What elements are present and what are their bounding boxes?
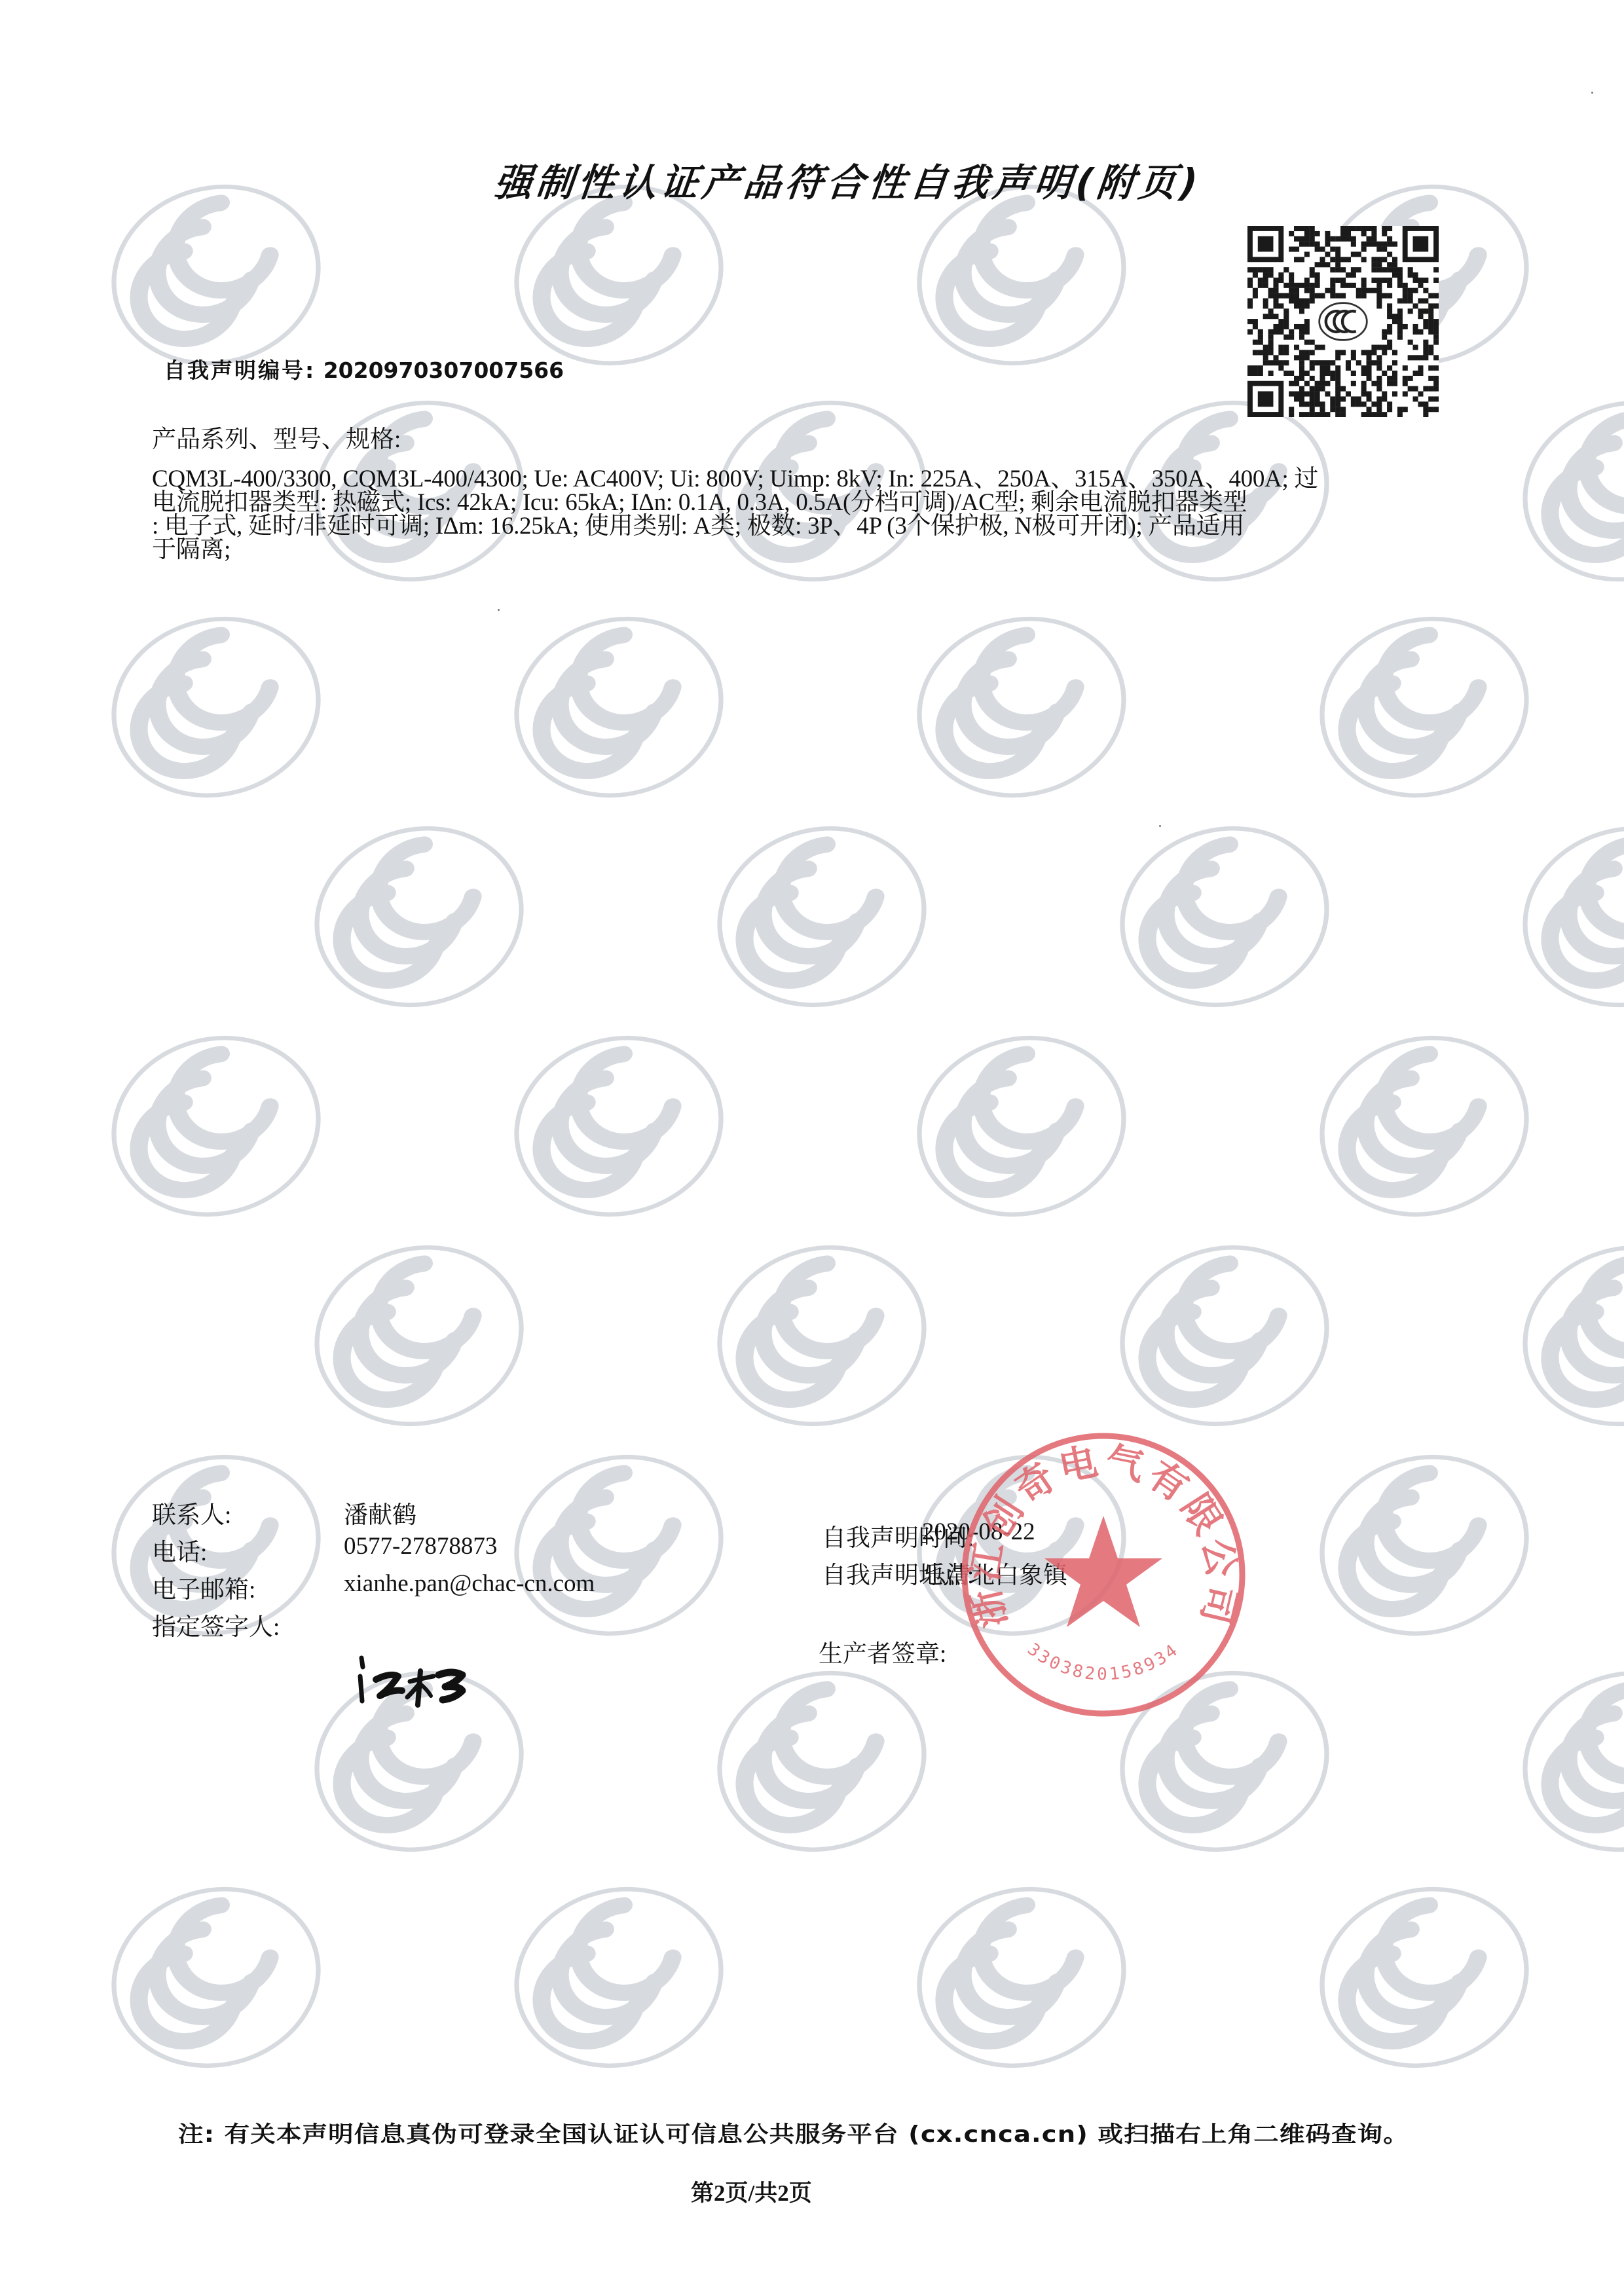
spec-line: 于隔离; [152,538,1488,562]
document-title: 强制性认证产品符合性自我声明(附页) [492,152,1211,207]
product-spec-body: CQM3L-400/3300, CQM3L-400/4300; Ue: AC40… [152,468,1488,562]
contact-person-label: 联系人: [152,1495,231,1530]
scan-speck [1591,92,1593,94]
contact-person-value: 潘献鹤 [344,1495,416,1530]
product-spec-heading: 产品系列、型号、规格: [152,419,401,454]
phone-value: 0577-27878873 [344,1532,497,1560]
qr-code-icon[interactable] [1247,226,1439,417]
declaration-number: 自我声明编号: 2020970307007566 [164,354,564,384]
star-icon [1044,1516,1162,1627]
signatory-label: 指定签字人: [152,1607,280,1642]
email-label: 电子邮箱: [152,1570,255,1605]
seal-serial-number: 3303820158934 [1024,1640,1183,1685]
svg-text:3303820158934: 3303820158934 [1024,1640,1183,1685]
declaration-number-label: 自我声明编号: [164,358,316,383]
spec-line: CQM3L-400/3300, CQM3L-400/4300; Ue: AC40… [152,468,1488,491]
email-value: xianhe.pan@chac-cn.com [344,1570,595,1598]
declaration-number-value: 2020970307007566 [323,358,564,383]
company-seal-stamp: 浙江创奇电气有限公司 3303820158934 [956,1427,1251,1722]
scan-speck [1159,825,1161,827]
spec-line: 电流脱扣器类型: 热磁式; Ics: 42kA; Icu: 65kA; IΔn:… [152,491,1488,515]
footer-note-text: 注: 有关本声明信息真伪可登录全国认证认可信息公共服务平台 (cx.cnca.c… [178,2121,1409,2148]
spec-line: : 电子式, 延时/非延时可调; IΔm: 16.25kA; 使用类别: A类;… [152,515,1488,538]
handwritten-signature [347,1650,491,1709]
phone-label: 电话: [152,1532,207,1568]
producer-seal-label: 生产者签章: [819,1634,946,1669]
scan-speck [498,609,500,611]
footer-verification-note: 注: 有关本声明信息真伪可登录全国认证认可信息公共服务平台 (cx.cnca.c… [178,2116,1409,2148]
page-indicator: 第2页/共2页 [691,2175,812,2208]
document-page: 强制性认证产品符合性自我声明(附页) 自我声明编号: 2020970307007… [0,0,1624,2295]
